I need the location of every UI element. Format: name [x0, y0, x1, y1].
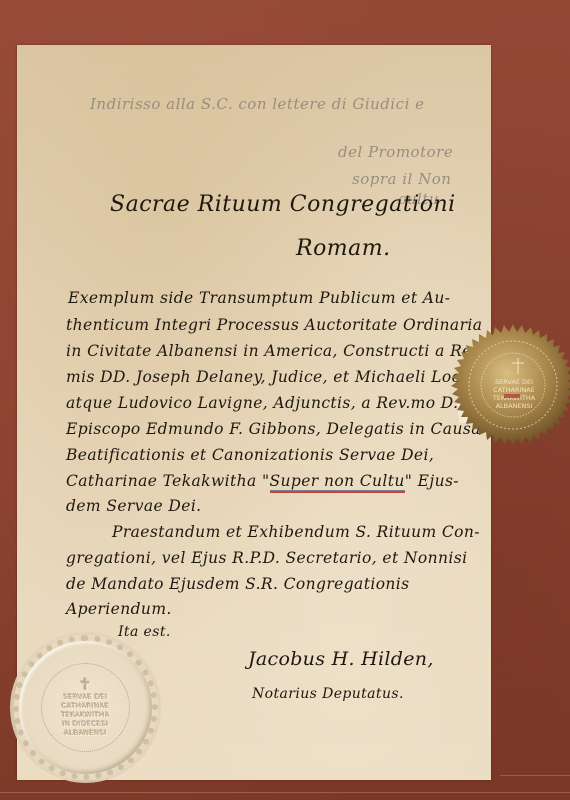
pencil-note-line1: Indirisso alla S.C. con lettere di Giudi…	[90, 95, 425, 113]
paragraph2-line-2: gregationi, vel Ejus R.P.D. Secretario, …	[66, 549, 467, 567]
paragraph2-line-4: Aperiendum.	[66, 600, 172, 618]
signature-title: Notarius Deputatus.	[252, 686, 404, 702]
seal-starburst-icon: SERVAE DEI CATHARINAE TEKAKWITHA ALBANEN…	[448, 322, 570, 452]
svg-text:ALBANENSI: ALBANENSI	[496, 402, 533, 410]
body-line-8: Catharinae Tekakwitha "Super non Cultu" …	[66, 472, 459, 490]
embossed-seal-text: SERVAE DEI	[63, 693, 107, 702]
signature-name: Jacobus H. Hilden,	[248, 648, 434, 670]
body-line-4: mis DD. Joseph Delaney, Judice, et Micha…	[66, 368, 490, 386]
pencil-note-line3: sopra il Non	[352, 170, 451, 188]
embossed-seal-text: CATHARINAE	[62, 702, 110, 711]
embossed-seal: ✝ SERVAE DEI CATHARINAE TEKAKWITHA IN DI…	[13, 635, 158, 780]
attestation-ita-est: Ita est.	[118, 624, 171, 640]
heading-line1: Sacrae Rituum Congregationi	[110, 192, 456, 217]
mount-crease	[0, 792, 570, 793]
body-line-5: atque Ludovico Lavigne, Adjunctis, a Rev…	[66, 394, 479, 412]
super-non-cultu-term: Super non Cultu	[270, 472, 405, 493]
embossed-seal-text: ALBANENSI	[64, 729, 106, 738]
body-line-9: dem Servae Dei.	[66, 497, 202, 515]
pencil-note-line2: del Promotore	[338, 143, 453, 161]
gold-foil-seal: SERVAE DEI CATHARINAE TEKAKWITHA ALBANEN…	[448, 322, 570, 452]
embossed-seal-text: TEKAKWITHA	[61, 711, 110, 720]
cross-icon: ✝	[79, 677, 92, 693]
svg-text:CATHARINAE: CATHARINAE	[493, 386, 535, 394]
body-line-1: Exemplum side Transumptum Publicum et Au…	[68, 289, 450, 307]
body-line-8-suffix: " Ejus-	[405, 472, 459, 490]
svg-text:SERVAE DEI: SERVAE DEI	[495, 378, 533, 386]
body-line-6: Episcopo Edmundo F. Gibbons, Delegatis i…	[66, 420, 481, 438]
body-line-2: thenticum Integri Processus Auctoritate …	[66, 316, 482, 334]
mount-crease	[500, 775, 570, 776]
paragraph2-line-3: de Mandato Ejusdem S.R. Congregationis	[66, 575, 410, 593]
body-line-3: in Civitate Albanensi in America, Constr…	[66, 342, 484, 360]
embossed-seal-text: IN DIOECESI	[62, 720, 108, 729]
paragraph2-line-1: Praestandum et Exhibendum S. Rituum Con-	[112, 523, 480, 541]
body-line-7: Beatificationis et Canonizationis Servae…	[66, 446, 434, 464]
body-line-8-prefix: Catharinae Tekakwitha "	[66, 472, 270, 490]
heading-line2: Romam.	[296, 236, 391, 261]
